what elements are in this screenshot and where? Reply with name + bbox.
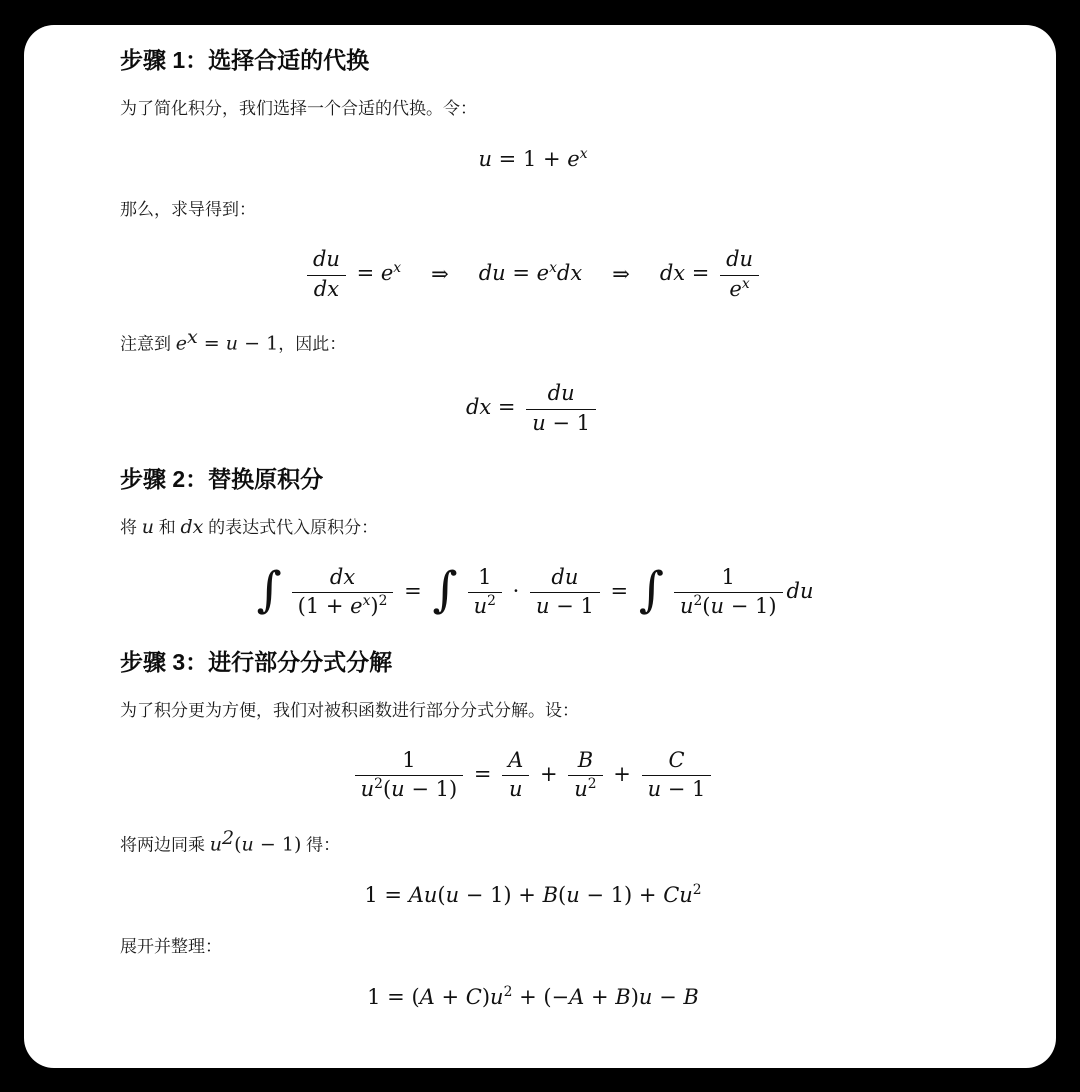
superscript: x	[393, 261, 401, 277]
fraction: Bu2	[568, 747, 602, 804]
math-run: − 1)	[405, 777, 458, 801]
denominator: u2	[568, 775, 602, 804]
math-run: dx	[466, 396, 491, 420]
fraction: Cu − 1	[642, 747, 712, 804]
math-formula: dudx = ex⇒du = exdx⇒dx = duex	[120, 246, 946, 303]
denominator: (1 + ex)2	[292, 592, 394, 621]
math-run: (	[702, 594, 710, 618]
numerator: du	[530, 564, 600, 592]
math-run: − 1	[550, 594, 594, 618]
math-run: C	[466, 985, 482, 1009]
superscript: 2	[693, 593, 702, 609]
denominator: u − 1	[642, 775, 712, 804]
math-formula: u = 1 + ex	[120, 145, 946, 174]
math-run: e	[537, 262, 549, 286]
math-formula: 1u2(u − 1) = Au + Bu2 + Cu − 1	[120, 747, 946, 804]
denominator: ex	[720, 275, 759, 304]
fraction: duex	[720, 246, 759, 303]
math-run: +	[584, 985, 615, 1009]
text-run: 注意到	[120, 334, 176, 353]
math-run: u	[574, 777, 588, 801]
math-run: B	[615, 985, 630, 1009]
math-run: (	[437, 883, 445, 907]
math-run: dx	[557, 262, 582, 286]
math-run: =	[350, 262, 381, 286]
paragraph-text: 那么，求导得到：	[120, 198, 946, 222]
math-run: u	[680, 594, 694, 618]
inline-math-superscript: 2	[222, 827, 234, 849]
math-run: − 1) +	[580, 883, 663, 907]
math-run: B	[578, 748, 593, 772]
math-run: dx	[660, 262, 685, 286]
math-formula: dx = duu − 1	[120, 380, 946, 437]
fraction: 1u2(u − 1)	[355, 747, 464, 804]
math-run: (	[558, 883, 566, 907]
text-run: 那么，求导得到：	[120, 200, 256, 219]
numerator: du	[307, 246, 346, 274]
denominator: u	[502, 775, 529, 804]
math-run: A	[569, 985, 584, 1009]
fraction: Au	[502, 747, 529, 804]
math-run: u	[532, 411, 546, 435]
math-run: = 1 +	[492, 147, 567, 171]
math-formula: ∫dx(1 + ex)2 = ∫1u2 · duu − 1 = ∫1u2(u −…	[120, 564, 946, 621]
math-run: A	[508, 748, 523, 772]
math-run: du	[726, 247, 753, 271]
math-run: − 1	[546, 411, 590, 435]
paragraph-text: 为了简化积分，我们选择一个合适的代换。令：	[120, 97, 946, 121]
math-run: 1	[402, 748, 415, 772]
math-run: u	[446, 883, 460, 907]
text-run: 为了积分更为方便，我们对被积函数进行部分分式分解。设：	[120, 701, 579, 720]
math-run: − 1	[661, 777, 705, 801]
implies-arrow: ⇒	[431, 262, 449, 286]
math-run: A	[420, 985, 435, 1009]
math-run: +	[607, 762, 638, 786]
math-formula: 1 = Au(u − 1) + B(u − 1) + Cu2	[120, 881, 946, 910]
math-run: u	[490, 985, 504, 1009]
superscript: 2	[487, 593, 496, 609]
text-run: ，因此：	[278, 334, 346, 353]
math-run: B	[543, 883, 558, 907]
math-run: e	[350, 594, 362, 618]
text-run: 的表达式代入原积分：	[203, 518, 378, 537]
implies-arrow: ⇒	[612, 262, 630, 286]
superscript: 2	[588, 776, 597, 792]
numerator: 1	[674, 564, 783, 592]
superscript: x	[742, 276, 750, 292]
math-run: =	[506, 262, 537, 286]
math-run: u	[509, 777, 523, 801]
integral-sign: ∫	[432, 562, 457, 618]
math-run: =	[397, 579, 428, 603]
math-run: Au	[409, 883, 438, 907]
denominator: u − 1	[530, 592, 600, 621]
superscript: x	[549, 261, 557, 277]
math-run: 1	[478, 565, 491, 589]
text-run: 展开并整理：	[120, 937, 222, 956]
math-run: )	[631, 985, 639, 1009]
math-run: (	[383, 777, 391, 801]
numerator: du	[720, 246, 759, 274]
numerator: dx	[292, 564, 394, 592]
math-run: du	[787, 579, 814, 603]
math-run: dx	[314, 277, 339, 301]
text-run: 为了简化积分，我们选择一个合适的代换。令：	[120, 99, 477, 118]
numerator: 1	[468, 564, 502, 592]
fraction: duu − 1	[530, 564, 600, 621]
math-run: u	[478, 147, 492, 171]
math-run: u	[639, 985, 653, 1009]
math-run: )	[482, 985, 490, 1009]
text-run: 将两边同乘	[120, 835, 210, 854]
superscript: 2	[693, 882, 702, 898]
math-run: du	[479, 262, 506, 286]
numerator: B	[568, 747, 602, 775]
math-run: du	[548, 381, 575, 405]
inline-math: u	[242, 833, 254, 855]
math-run: du	[313, 247, 340, 271]
inline-math: u	[226, 332, 238, 354]
document-card: 步骤 1：选择合适的代换为了简化积分，我们选择一个合适的代换。令：u = 1 +…	[24, 25, 1056, 1068]
inline-math: − 1	[238, 332, 278, 354]
math-run: u	[566, 883, 580, 907]
math-run: e	[729, 277, 741, 301]
paragraph-text: 将两边同乘 u2(u − 1) 得：	[120, 829, 946, 858]
integral-sign: ∫	[256, 562, 281, 618]
denominator: u2(u − 1)	[355, 775, 464, 804]
math-run: ·	[506, 579, 526, 603]
math-run: − 1)	[724, 594, 777, 618]
math-run: u	[361, 777, 375, 801]
inline-math: u	[210, 833, 222, 855]
numerator: C	[642, 747, 712, 775]
denominator: dx	[307, 275, 346, 304]
math-run: (1 +	[298, 594, 351, 618]
superscript: 2	[374, 776, 383, 792]
math-run: =	[467, 762, 498, 786]
inline-math: − 1)	[254, 833, 302, 855]
superscript: x	[580, 146, 588, 162]
fraction: duu − 1	[526, 380, 596, 437]
math-run: u	[474, 594, 488, 618]
math-run: 1 = (	[367, 985, 420, 1009]
superscript: 2	[379, 593, 388, 609]
math-run: =	[604, 579, 635, 603]
math-run: + (−	[512, 985, 569, 1009]
paragraph-text: 展开并整理：	[120, 935, 946, 959]
paragraph-text: 将 u 和 dx 的表达式代入原积分：	[120, 516, 946, 540]
denominator: u2(u − 1)	[674, 592, 783, 621]
math-run: +	[435, 985, 466, 1009]
math-run: u	[536, 594, 550, 618]
math-run: Cu	[663, 883, 693, 907]
math-run: e	[381, 262, 393, 286]
math-run: 1	[722, 565, 735, 589]
paragraph-text: 为了积分更为方便，我们对被积函数进行部分分式分解。设：	[120, 699, 946, 723]
fraction: dudx	[307, 246, 346, 303]
math-run: dx	[330, 565, 355, 589]
math-run: B	[683, 985, 698, 1009]
text-run: 和	[154, 518, 180, 537]
fraction: 1u2	[468, 564, 502, 621]
integral-sign: ∫	[639, 562, 664, 618]
math-run: −	[652, 985, 683, 1009]
section-heading: 步骤 3：进行部分分式分解	[120, 647, 946, 677]
math-run: du	[551, 565, 578, 589]
text-run: 得：	[301, 835, 340, 854]
math-run: 1 =	[364, 883, 408, 907]
math-run: e	[567, 147, 579, 171]
inline-math: u	[142, 516, 154, 538]
inline-math: =	[198, 332, 226, 354]
math-formula: 1 = (A + C)u2 + (−A + B)u − B	[120, 983, 946, 1012]
inline-math: (	[234, 833, 241, 855]
inline-math: e	[176, 332, 187, 354]
inline-math-superscript: x	[187, 326, 198, 348]
fraction: dx(1 + ex)2	[292, 564, 394, 621]
fraction: 1u2(u − 1)	[674, 564, 783, 621]
math-run: =	[685, 262, 716, 286]
math-run: +	[533, 762, 564, 786]
numerator: du	[526, 380, 596, 408]
paragraph-text: 注意到 ex = u − 1，因此：	[120, 328, 946, 357]
math-run: )	[370, 594, 378, 618]
math-run: C	[668, 748, 684, 772]
math-run: u	[711, 594, 725, 618]
denominator: u2	[468, 592, 502, 621]
inline-math: dx	[180, 516, 203, 538]
math-run: =	[491, 396, 522, 420]
math-run: u	[391, 777, 405, 801]
math-run: − 1) +	[459, 883, 542, 907]
math-run: u	[648, 777, 662, 801]
denominator: u − 1	[526, 409, 596, 438]
document-body: 步骤 1：选择合适的代换为了简化积分，我们选择一个合适的代换。令：u = 1 +…	[120, 45, 946, 1012]
section-heading: 步骤 1：选择合适的代换	[120, 45, 946, 75]
numerator: 1	[355, 747, 464, 775]
numerator: A	[502, 747, 529, 775]
text-run: 将	[120, 518, 142, 537]
section-heading: 步骤 2：替换原积分	[120, 464, 946, 494]
